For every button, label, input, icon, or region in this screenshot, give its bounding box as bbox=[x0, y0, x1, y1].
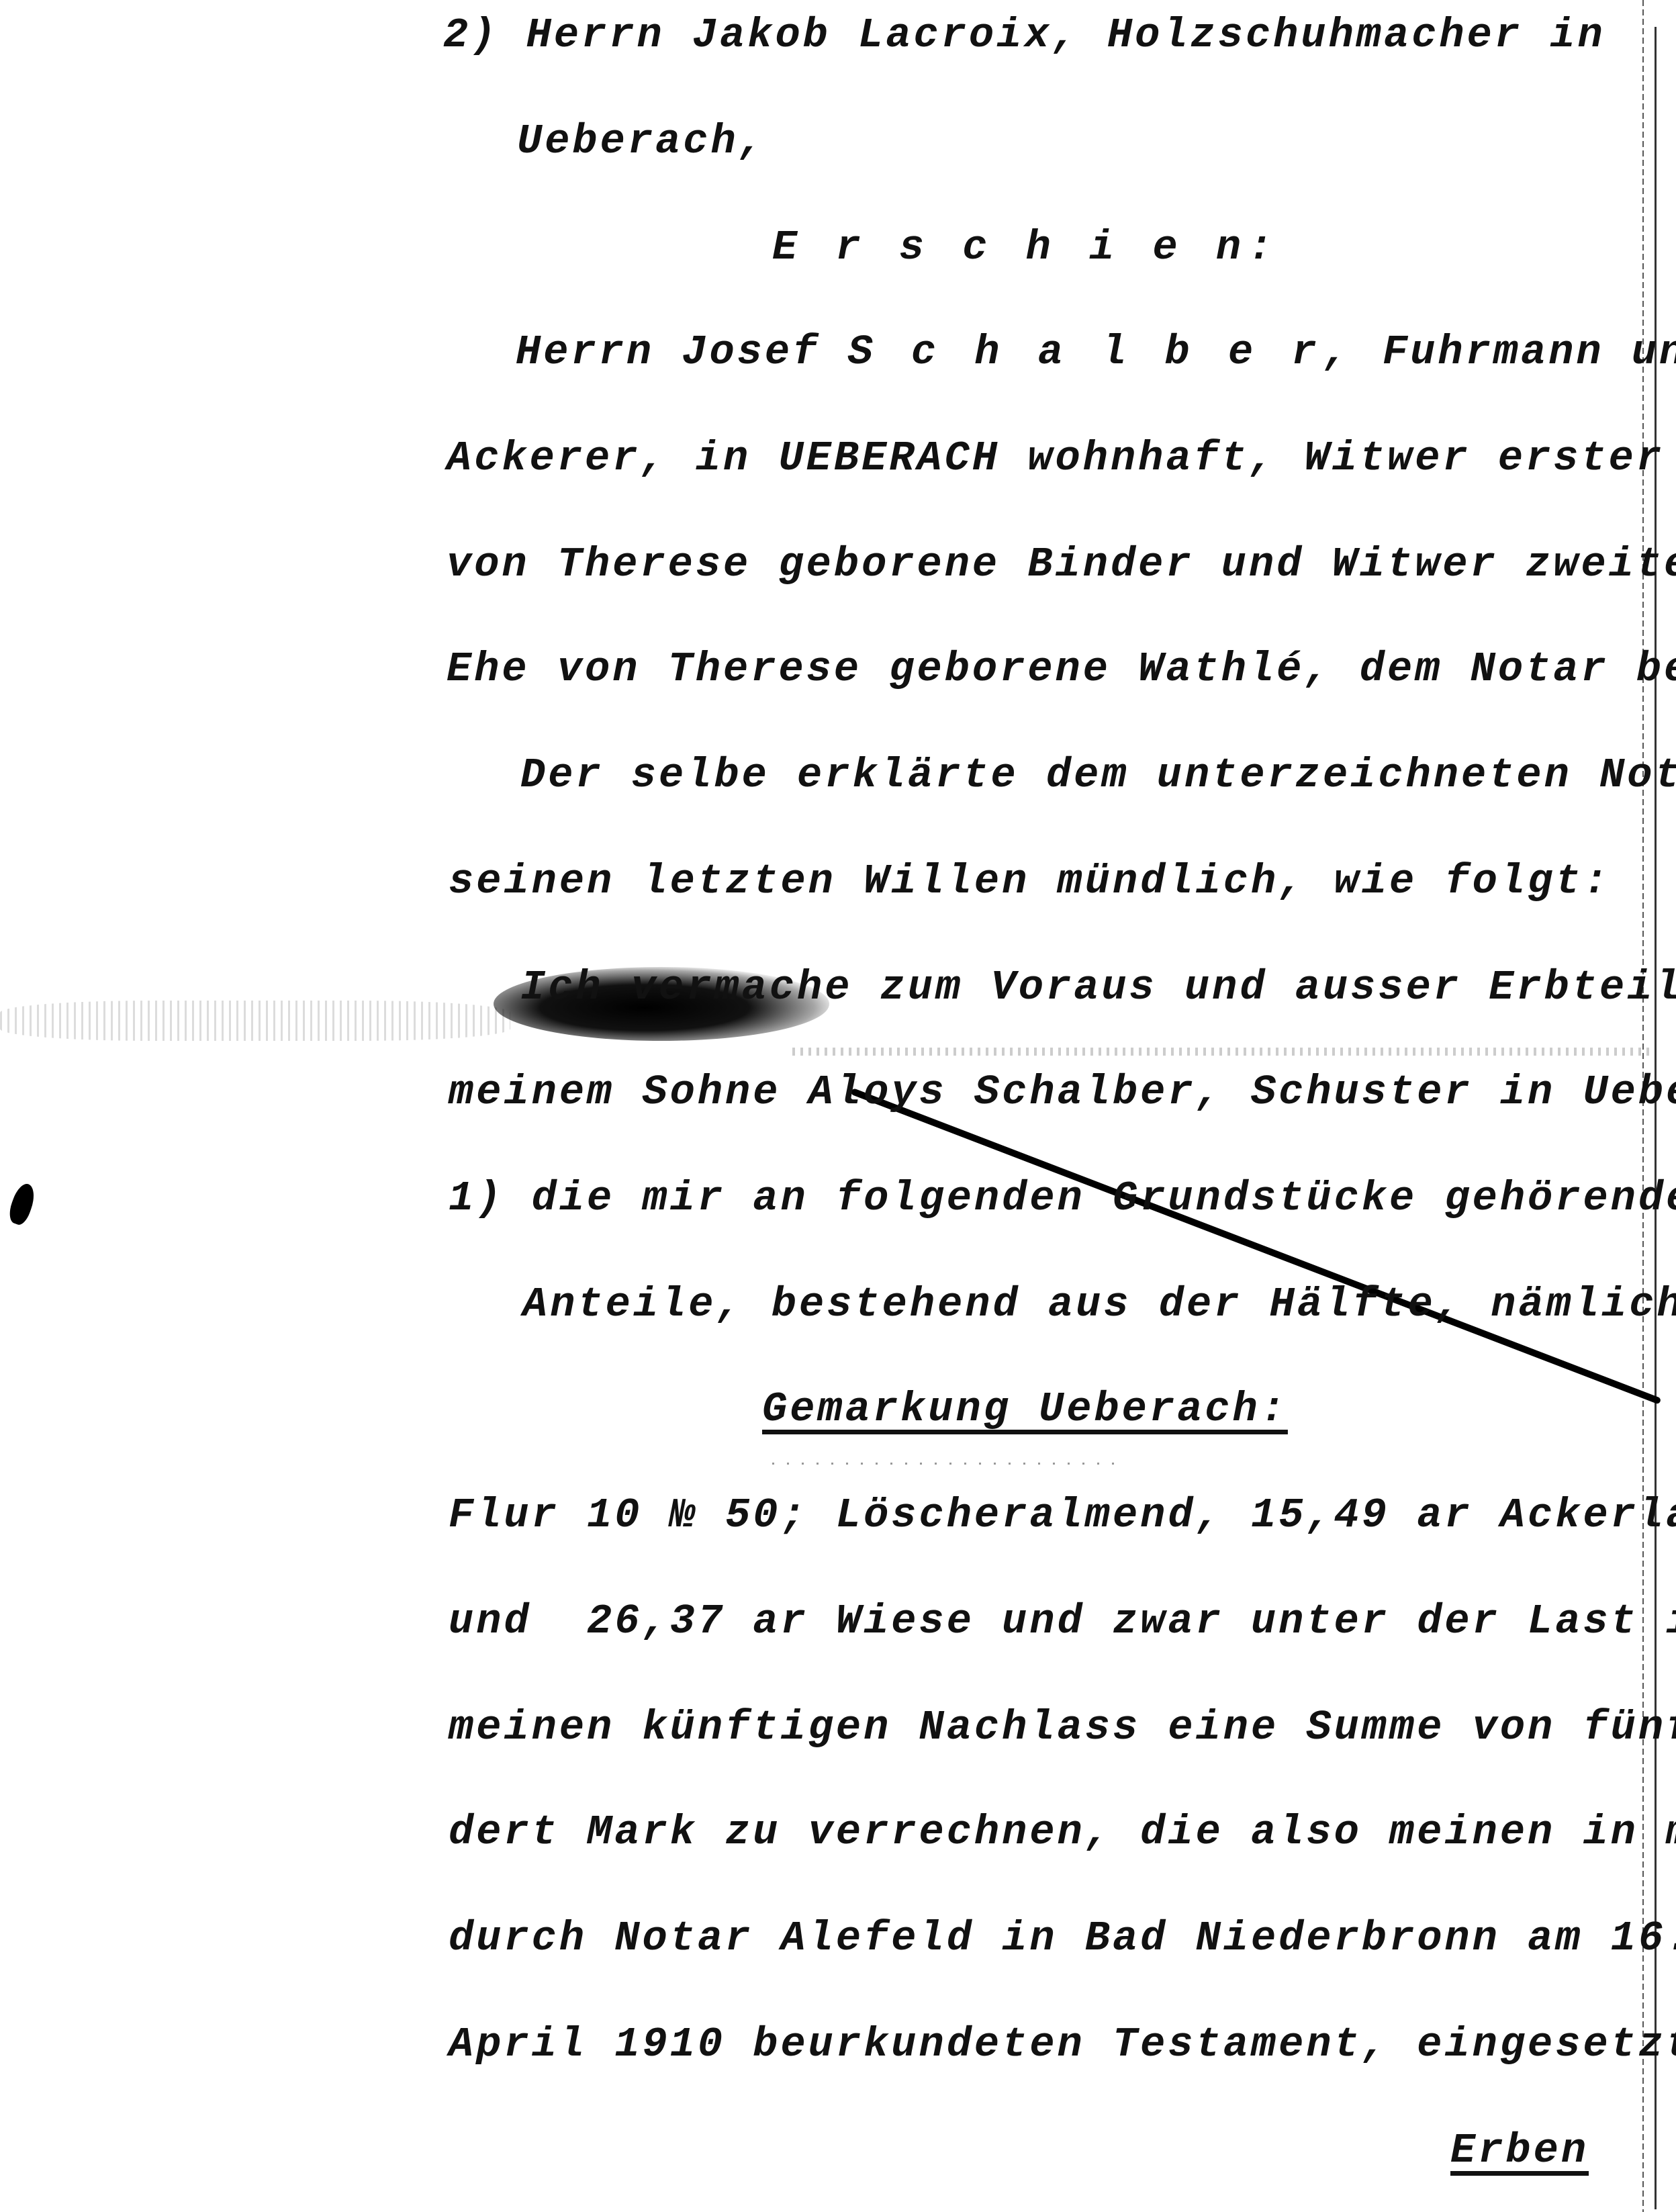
text-line: Ehe von Therese geborene Wathlé, dem Not… bbox=[447, 646, 1676, 693]
text-line: Ich vermache zum Voraus und ausser Erbte… bbox=[520, 964, 1676, 1011]
text-line: durch Notar Alefeld in Bad Niederbronn a… bbox=[449, 1915, 1676, 1962]
text-line: Flur 10 № 50; Löscheralmend, 15,49 ar Ac… bbox=[449, 1492, 1676, 1539]
text-line: Herrn Josef S c h a l b e r, Fuhrmann un… bbox=[516, 329, 1676, 376]
text-line: Ueberach, bbox=[517, 118, 766, 165]
text-line: seinen letzten Willen mündlich, wie folg… bbox=[449, 858, 1611, 905]
section-heading-erschien: E r s c h i e n: bbox=[772, 224, 1279, 271]
text-line: April 1910 beurkundeten Testament, einge… bbox=[449, 2021, 1676, 2068]
text-line: meinen künftigen Nachlass eine Summe von… bbox=[449, 1704, 1676, 1751]
ink-blot bbox=[5, 1181, 38, 1228]
heading-gemarkung: Gemarkung Ueberach: bbox=[762, 1386, 1288, 1433]
text-line: von Therese geborene Binder und Witwer z… bbox=[447, 541, 1676, 588]
text-part: Herrn Josef bbox=[516, 328, 847, 376]
text-line: dert Mark zu verrechnen, die also meinen… bbox=[449, 1809, 1676, 1856]
text-line-erben: Erben bbox=[1450, 2127, 1589, 2174]
text-part: Fuhrmann und bbox=[1355, 328, 1676, 376]
text-line: Der selbe erklärte dem unterzeichneten N… bbox=[520, 752, 1676, 799]
text-line: 1) die mir an folgenden Grundstücke gehö… bbox=[449, 1175, 1676, 1222]
text-line: Anteile, bestehend aus der Hälfte, nämli… bbox=[522, 1281, 1676, 1328]
fold-speckle bbox=[792, 1048, 1652, 1056]
fold-speckle bbox=[0, 1001, 510, 1041]
diagonal-scratch-mark bbox=[850, 1088, 1661, 1405]
text-line: meinem Sohne Aloys Schalber, Schuster in… bbox=[449, 1069, 1676, 1116]
dotted-guide bbox=[772, 1463, 1115, 1465]
text-line: Ackerer, in UEBERACH wohnhaft, Witwer er… bbox=[447, 435, 1676, 482]
document-page: 2) Herrn Jakob Lacroix, Holzschuhmacher … bbox=[0, 0, 1676, 2212]
text-line: 2) Herrn Jakob Lacroix, Holzschuhmacher … bbox=[443, 12, 1605, 59]
surname-spaced: S c h a l b e r, bbox=[847, 328, 1354, 376]
text-line: und 26,37 ar Wiese und zwar unter der La… bbox=[449, 1598, 1676, 1645]
